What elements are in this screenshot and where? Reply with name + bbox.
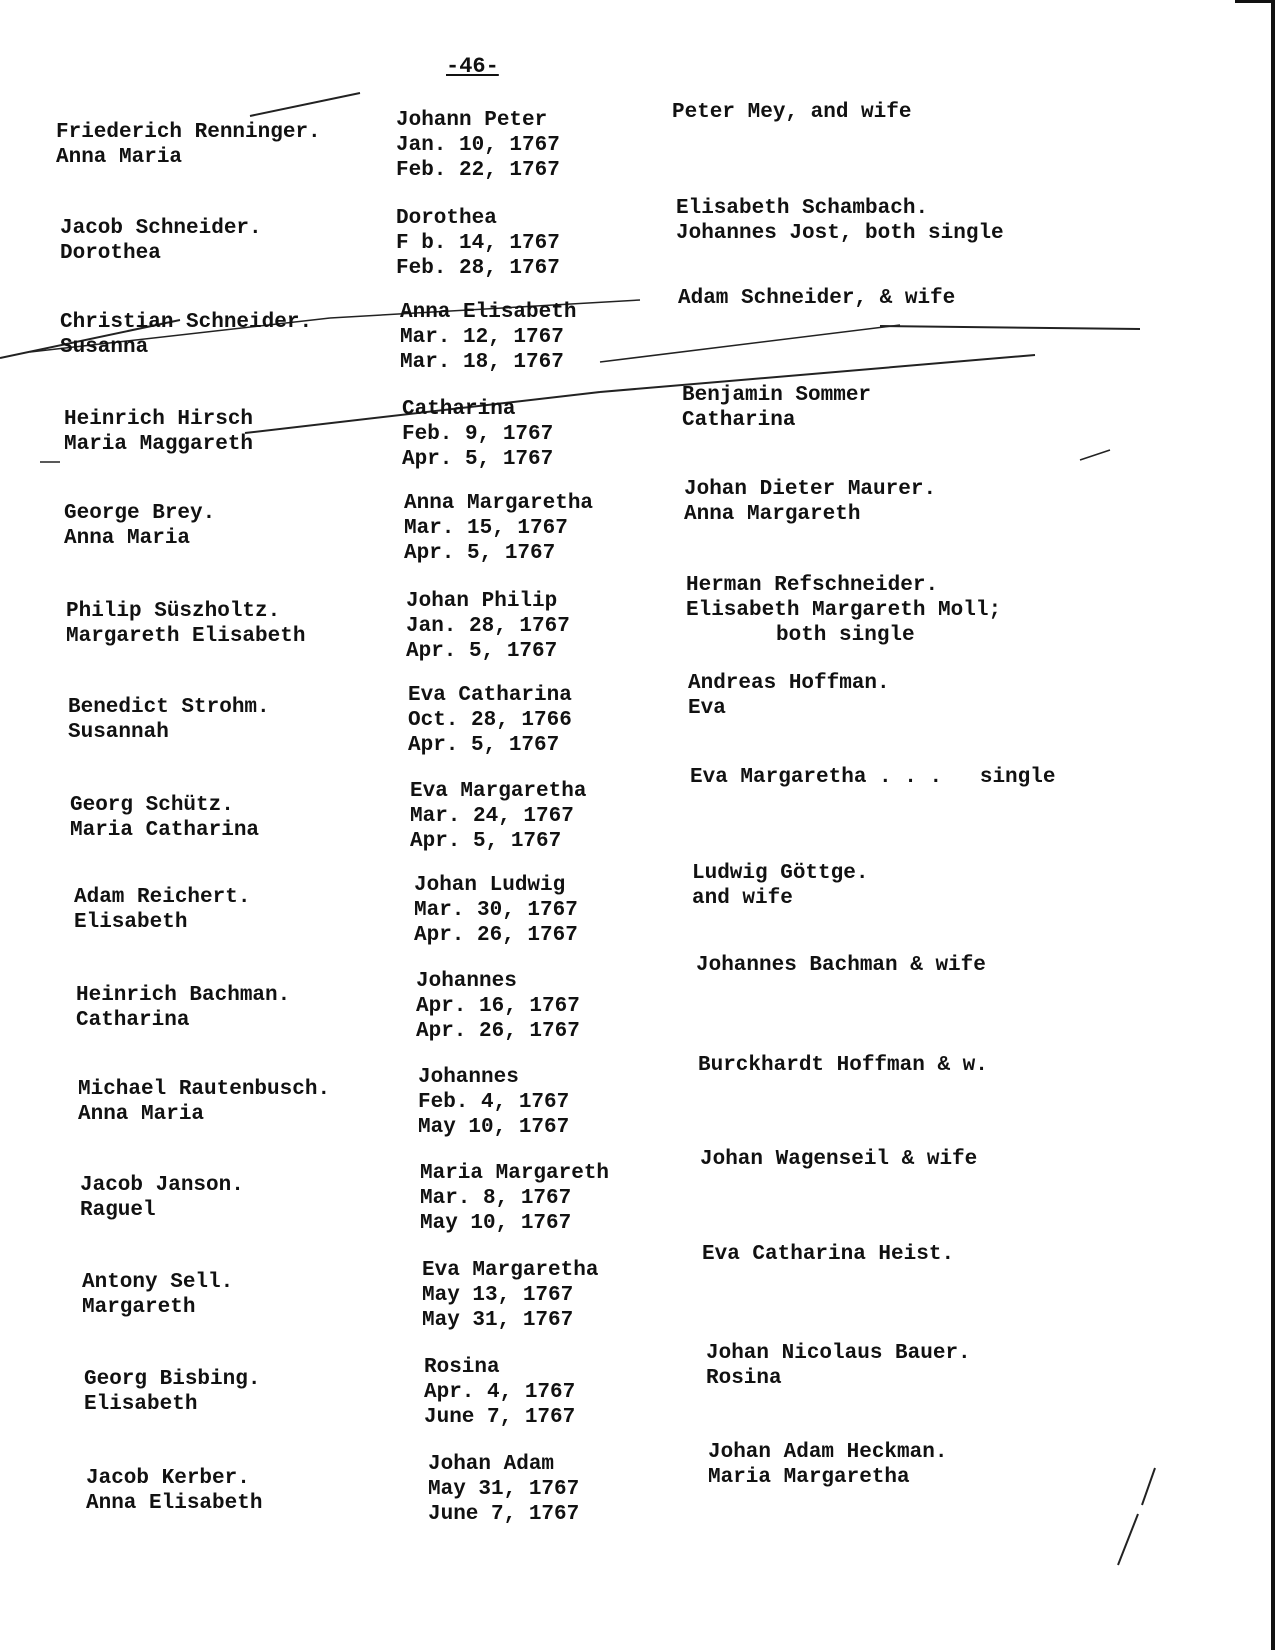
record-sponsors: Johan Nicolaus Bauer.Rosina: [706, 1341, 971, 1391]
baptism-date: Feb. 28, 1767: [396, 256, 560, 281]
mother-name: Susanna: [60, 335, 312, 360]
child-name: Johannes: [418, 1065, 569, 1090]
mother-name: Dorothea: [60, 241, 262, 266]
baptism-date: Apr. 5, 1767: [404, 541, 593, 566]
father-name: Heinrich Hirsch: [64, 407, 253, 432]
record-child: DorotheaF b. 14, 1767Feb. 28, 1767: [396, 206, 560, 281]
father-name: Philip Süszholtz.: [66, 599, 305, 624]
record-child: Eva MargarethaMar. 24, 1767Apr. 5, 1767: [410, 779, 586, 854]
child-name: Johannes: [416, 969, 580, 994]
sponsor-line: Johan Dieter Maurer.: [684, 477, 936, 502]
mother-name: Anna Maria: [56, 145, 321, 170]
birth-date: F b. 14, 1767: [396, 231, 560, 256]
mother-name: Catharina: [76, 1008, 290, 1033]
mother-name: Maria Maggareth: [64, 432, 253, 457]
record-child: Eva CatharinaOct. 28, 1766Apr. 5, 1767: [408, 683, 572, 758]
record-parents: Georg Schütz.Maria Catharina: [70, 793, 259, 843]
sponsor-line: Elisabeth Schambach.: [676, 196, 1004, 221]
baptism-date: Mar. 18, 1767: [400, 350, 576, 375]
father-name: Jacob Janson.: [80, 1173, 244, 1198]
record-child: JohannesFeb. 4, 1767May 10, 1767: [418, 1065, 569, 1140]
record-sponsors: Elisabeth Schambach.Johannes Jost, both …: [676, 196, 1004, 246]
child-name: Dorothea: [396, 206, 560, 231]
sponsor-line: Herman Refschneider.: [686, 573, 1001, 598]
birth-date: Mar. 15, 1767: [404, 516, 593, 541]
record-sponsors: Adam Schneider, & wife: [678, 286, 955, 311]
sponsor-line: Johan Nicolaus Bauer.: [706, 1341, 971, 1366]
mother-name: Anna Maria: [64, 526, 215, 551]
birth-date: Mar. 30, 1767: [414, 898, 578, 923]
sponsor-line: Maria Margaretha: [708, 1465, 947, 1490]
father-name: Georg Schütz.: [70, 793, 259, 818]
child-name: Catharina: [402, 397, 553, 422]
child-name: Anna Margaretha: [404, 491, 593, 516]
father-name: George Brey.: [64, 501, 215, 526]
father-name: Adam Reichert.: [74, 885, 250, 910]
mother-name: Elisabeth: [84, 1392, 260, 1417]
record-parents: Philip Süszholtz.Margareth Elisabeth: [66, 599, 305, 649]
birth-date: Jan. 28, 1767: [406, 614, 570, 639]
record-sponsors: Herman Refschneider.Elisabeth Margareth …: [686, 573, 1001, 648]
child-name: Johan Philip: [406, 589, 570, 614]
record-child: Eva MargarethaMay 13, 1767May 31, 1767: [422, 1258, 598, 1333]
record-child: Anna ElisabethMar. 12, 1767Mar. 18, 1767: [400, 300, 576, 375]
baptism-date: Apr. 5, 1767: [402, 447, 553, 472]
mother-name: Elisabeth: [74, 910, 250, 935]
scanned-page: -46- Friederich Renninger.Anna MariaJoha…: [0, 0, 1275, 1650]
birth-date: Jan. 10, 1767: [396, 133, 560, 158]
birth-date: Mar. 24, 1767: [410, 804, 586, 829]
record-child: RosinaApr. 4, 1767June 7, 1767: [424, 1355, 575, 1430]
birth-date: Feb. 4, 1767: [418, 1090, 569, 1115]
record-parents: Georg Bisbing.Elisabeth: [84, 1367, 260, 1417]
record-parents: Antony Sell.Margareth: [82, 1270, 233, 1320]
birth-date: Mar. 8, 1767: [420, 1186, 609, 1211]
mother-name: Anna Elisabeth: [86, 1491, 262, 1516]
birth-date: Apr. 16, 1767: [416, 994, 580, 1019]
mother-name: Anna Maria: [78, 1102, 330, 1127]
sponsor-line: Johannes Jost, both single: [676, 221, 1004, 246]
record-parents: Benedict Strohm.Susannah: [68, 695, 270, 745]
record-sponsors: Benjamin SommerCatharina: [682, 383, 871, 433]
birth-date: May 31, 1767: [428, 1477, 579, 1502]
baptism-date: May 31, 1767: [422, 1308, 598, 1333]
child-name: Johan Ludwig: [414, 873, 578, 898]
child-name: Eva Margaretha: [422, 1258, 598, 1283]
mother-name: Maria Catharina: [70, 818, 259, 843]
record-child: Johann PeterJan. 10, 1767Feb. 22, 1767: [396, 108, 560, 183]
birth-date: May 13, 1767: [422, 1283, 598, 1308]
record-parents: Jacob Janson.Raguel: [80, 1173, 244, 1223]
father-name: Jacob Kerber.: [86, 1466, 262, 1491]
record-sponsors: Eva Margaretha . . . single: [690, 765, 1055, 790]
record-sponsors: Andreas Hoffman.Eva: [688, 671, 890, 721]
sponsor-line: Benjamin Sommer: [682, 383, 871, 408]
record-child: CatharinaFeb. 9, 1767Apr. 5, 1767: [402, 397, 553, 472]
record-parents: George Brey.Anna Maria: [64, 501, 215, 551]
record-parents: Jacob Schneider.Dorothea: [60, 216, 262, 266]
record-parents: Friederich Renninger.Anna Maria: [56, 120, 321, 170]
baptism-date: Apr. 26, 1767: [416, 1019, 580, 1044]
sponsor-line: Elisabeth Margareth Moll;: [686, 598, 1001, 623]
record-sponsors: Johannes Bachman & wife: [696, 953, 986, 978]
sponsor-line: Johan Adam Heckman.: [708, 1440, 947, 1465]
record-child: JohannesApr. 16, 1767Apr. 26, 1767: [416, 969, 580, 1044]
father-name: Benedict Strohm.: [68, 695, 270, 720]
child-name: Eva Margaretha: [410, 779, 586, 804]
child-name: Johan Adam: [428, 1452, 579, 1477]
record-sponsors: Johan Dieter Maurer.Anna Margareth: [684, 477, 936, 527]
child-name: Johann Peter: [396, 108, 560, 133]
father-name: Friederich Renninger.: [56, 120, 321, 145]
birth-date: Oct. 28, 1766: [408, 708, 572, 733]
page-edge-top: [1235, 0, 1275, 3]
sponsor-line: Andreas Hoffman.: [688, 671, 890, 696]
baptism-date: Apr. 5, 1767: [410, 829, 586, 854]
record-parents: Heinrich HirschMaria Maggareth: [64, 407, 253, 457]
record-sponsors: Burckhardt Hoffman & w.: [698, 1053, 988, 1078]
father-name: Jacob Schneider.: [60, 216, 262, 241]
baptism-date: May 10, 1767: [418, 1115, 569, 1140]
baptism-date: Apr. 5, 1767: [406, 639, 570, 664]
child-name: Maria Margareth: [420, 1161, 609, 1186]
record-sponsors: Eva Catharina Heist.: [702, 1242, 954, 1267]
record-child: Johan AdamMay 31, 1767June 7, 1767: [428, 1452, 579, 1527]
father-name: Michael Rautenbusch.: [78, 1077, 330, 1102]
father-name: Christian Schneider.: [60, 310, 312, 335]
mother-name: Margareth Elisabeth: [66, 624, 305, 649]
record-sponsors: Peter Mey, and wife: [672, 100, 911, 125]
mother-name: Margareth: [82, 1295, 233, 1320]
sponsor-line: Anna Margareth: [684, 502, 936, 527]
record-sponsors: Johan Wagenseil & wife: [700, 1147, 977, 1172]
child-name: Anna Elisabeth: [400, 300, 576, 325]
sponsor-line: both single: [686, 623, 1001, 648]
baptism-date: Apr. 5, 1767: [408, 733, 572, 758]
child-name: Rosina: [424, 1355, 575, 1380]
record-parents: Heinrich Bachman.Catharina: [76, 983, 290, 1033]
mother-name: Raguel: [80, 1198, 244, 1223]
father-name: Heinrich Bachman.: [76, 983, 290, 1008]
birth-date: Mar. 12, 1767: [400, 325, 576, 350]
page-edge: [1271, 0, 1275, 1650]
record-sponsors: Ludwig Göttge.and wife: [692, 861, 868, 911]
baptism-date: Apr. 26, 1767: [414, 923, 578, 948]
baptism-date: June 7, 1767: [428, 1502, 579, 1527]
father-name: Antony Sell.: [82, 1270, 233, 1295]
sponsor-line: Adam Schneider, & wife: [678, 286, 955, 311]
page-number: -46-: [446, 54, 499, 79]
record-child: Johan PhilipJan. 28, 1767Apr. 5, 1767: [406, 589, 570, 664]
father-name: Georg Bisbing.: [84, 1367, 260, 1392]
sponsor-line: Johannes Bachman & wife: [696, 953, 986, 978]
sponsor-line: Ludwig Göttge.: [692, 861, 868, 886]
sponsor-line: Catharina: [682, 408, 871, 433]
sponsor-line: Eva Catharina Heist.: [702, 1242, 954, 1267]
baptism-date: June 7, 1767: [424, 1405, 575, 1430]
sponsor-line: Johan Wagenseil & wife: [700, 1147, 977, 1172]
sponsor-line: Eva Margaretha . . . single: [690, 765, 1055, 790]
record-child: Maria MargarethMar. 8, 1767May 10, 1767: [420, 1161, 609, 1236]
sponsor-line: Peter Mey, and wife: [672, 100, 911, 125]
record-parents: Christian Schneider.Susanna: [60, 310, 312, 360]
record-parents: Adam Reichert.Elisabeth: [74, 885, 250, 935]
baptism-date: May 10, 1767: [420, 1211, 609, 1236]
record-sponsors: Johan Adam Heckman.Maria Margaretha: [708, 1440, 947, 1490]
record-child: Johan LudwigMar. 30, 1767Apr. 26, 1767: [414, 873, 578, 948]
sponsor-line: Eva: [688, 696, 890, 721]
record-child: Anna MargarethaMar. 15, 1767Apr. 5, 1767: [404, 491, 593, 566]
sponsor-line: and wife: [692, 886, 868, 911]
mother-name: Susannah: [68, 720, 270, 745]
birth-date: Apr. 4, 1767: [424, 1380, 575, 1405]
sponsor-line: Burckhardt Hoffman & w.: [698, 1053, 988, 1078]
sponsor-line: Rosina: [706, 1366, 971, 1391]
child-name: Eva Catharina: [408, 683, 572, 708]
record-parents: Jacob Kerber.Anna Elisabeth: [86, 1466, 262, 1516]
birth-date: Feb. 9, 1767: [402, 422, 553, 447]
record-parents: Michael Rautenbusch.Anna Maria: [78, 1077, 330, 1127]
baptism-date: Feb. 22, 1767: [396, 158, 560, 183]
